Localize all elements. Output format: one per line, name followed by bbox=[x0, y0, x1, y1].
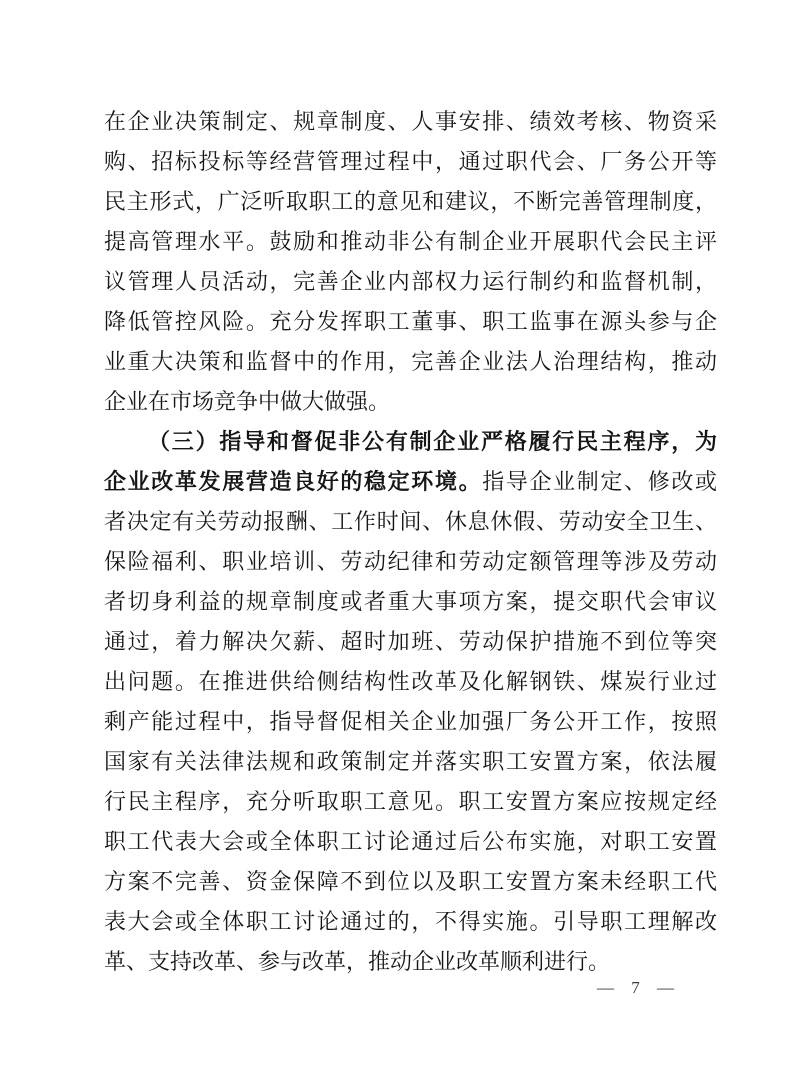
body-text-segment: 指导企业制定、修改或 bbox=[482, 469, 717, 494]
text-line-1: 在企业决策制定、规章制度、人事安排、绩效考核、物资采 bbox=[104, 102, 717, 142]
body-text-segment: 表大会或全体职工讨论通过的，不得实施。引导职工理解改 bbox=[104, 909, 717, 934]
body-text-segment: 提高管理水平。鼓励和推动非公有制企业开展职代会民主评 bbox=[104, 229, 717, 254]
text-line-7: 业重大决策和监督中的作用，完善企业法人治理结构，推动 bbox=[104, 342, 717, 382]
body-text-segment: 购、招标投标等经营管理过程中，通过职代会、厂务公开等 bbox=[104, 149, 717, 174]
text-line-17: 国家有关法律法规和政策制定并落实职工安置方案，依法履 bbox=[104, 742, 717, 782]
text-block: 在企业决策制定、规章制度、人事安排、绩效考核、物资采购、招标投标等经营管理过程中… bbox=[104, 102, 717, 982]
body-text-segment: 职工代表大会或全体职工讨论通过后公布实施，对职工安置 bbox=[104, 829, 717, 854]
text-line-19: 职工代表大会或全体职工讨论通过后公布实施，对职工安置 bbox=[104, 822, 717, 862]
text-line-16: 剩产能过程中，指导督促相关企业加强厂务公开工作，按照 bbox=[104, 702, 717, 742]
text-line-8: 企业在市场竞争中做大做强。 bbox=[104, 382, 717, 422]
body-text-segment: 方案不完善、资金保障不到位以及职工安置方案未经职工代 bbox=[104, 869, 717, 894]
text-line-12: 保险福利、职业培训、劳动纪律和劳动定额管理等涉及劳动 bbox=[104, 542, 717, 582]
text-line-14: 通过，着力解决欠薪、超时加班、劳动保护措施不到位等突 bbox=[104, 622, 717, 662]
body-text-segment: 者决定有关劳动报酬、工作时间、休息休假、劳动安全卫生、 bbox=[104, 509, 717, 534]
body-text-segment: 剩产能过程中，指导督促相关企业加强厂务公开工作，按照 bbox=[104, 709, 717, 734]
body-text-segment: 在企业决策制定、规章制度、人事安排、绩效考核、物资采 bbox=[104, 109, 717, 134]
text-line-5: 议管理人员活动，完善企业内部权力运行制约和监督机制， bbox=[104, 262, 717, 302]
body-text-segment: 保险福利、职业培训、劳动纪律和劳动定额管理等涉及劳动 bbox=[104, 549, 717, 574]
body-text-segment: 革、支持改革、参与改革，推动企业改革顺利进行。 bbox=[104, 949, 610, 974]
text-line-9: （三）指导和督促非公有制企业严格履行民主程序，为 bbox=[104, 422, 717, 462]
text-line-2: 购、招标投标等经营管理过程中，通过职代会、厂务公开等 bbox=[104, 142, 717, 182]
page-number: — 7 — bbox=[597, 976, 677, 1000]
text-line-6: 降低管控风险。充分发挥职工董事、职工监事在源头参与企 bbox=[104, 302, 717, 342]
body-text-segment: 民主形式，广泛听取职工的意见和建议，不断完善管理制度， bbox=[104, 189, 717, 214]
body-text-segment: 者切身利益的规章制度或者重大事项方案，提交职代会审议 bbox=[104, 589, 717, 614]
body-text-segment: 出问题。在推进供给侧结构性改革及化解钢铁、煤炭行业过 bbox=[104, 669, 717, 694]
text-line-13: 者切身利益的规章制度或者重大事项方案，提交职代会审议 bbox=[104, 582, 717, 622]
text-line-18: 行民主程序，充分听取职工意见。职工安置方案应按规定经 bbox=[104, 782, 717, 822]
body-text-segment: 行民主程序，充分听取职工意见。职工安置方案应按规定经 bbox=[104, 789, 717, 814]
text-line-10: 企业改革发展营造良好的稳定环境。指导企业制定、修改或 bbox=[104, 462, 717, 502]
body-text-segment: 国家有关法律法规和政策制定并落实职工安置方案，依法履 bbox=[104, 749, 717, 774]
text-line-20: 方案不完善、资金保障不到位以及职工安置方案未经职工代 bbox=[104, 862, 717, 902]
heading-segment: （三）指导和督促非公有制企业严格履行民主程序，为 bbox=[148, 429, 717, 454]
text-line-4: 提高管理水平。鼓励和推动非公有制企业开展职代会民主评 bbox=[104, 222, 717, 262]
body-text-segment: 议管理人员活动，完善企业内部权力运行制约和监督机制， bbox=[104, 269, 717, 294]
body-text-segment: 通过，着力解决欠薪、超时加班、劳动保护措施不到位等突 bbox=[104, 629, 717, 654]
body-text-segment: 企业在市场竞争中做大做强。 bbox=[104, 389, 390, 414]
body-text-segment: 降低管控风险。充分发挥职工董事、职工监事在源头参与企 bbox=[104, 309, 717, 334]
document-page: 在企业决策制定、规章制度、人事安排、绩效考核、物资采购、招标投标等经营管理过程中… bbox=[0, 0, 799, 1091]
heading-segment: 企业改革发展营造良好的稳定环境。 bbox=[104, 469, 482, 494]
text-line-15: 出问题。在推进供给侧结构性改革及化解钢铁、煤炭行业过 bbox=[104, 662, 717, 702]
text-line-11: 者决定有关劳动报酬、工作时间、休息休假、劳动安全卫生、 bbox=[104, 502, 717, 542]
text-line-3: 民主形式，广泛听取职工的意见和建议，不断完善管理制度， bbox=[104, 182, 717, 222]
text-line-21: 表大会或全体职工讨论通过的，不得实施。引导职工理解改 bbox=[104, 902, 717, 942]
body-text-segment: 业重大决策和监督中的作用，完善企业法人治理结构，推动 bbox=[104, 349, 717, 374]
